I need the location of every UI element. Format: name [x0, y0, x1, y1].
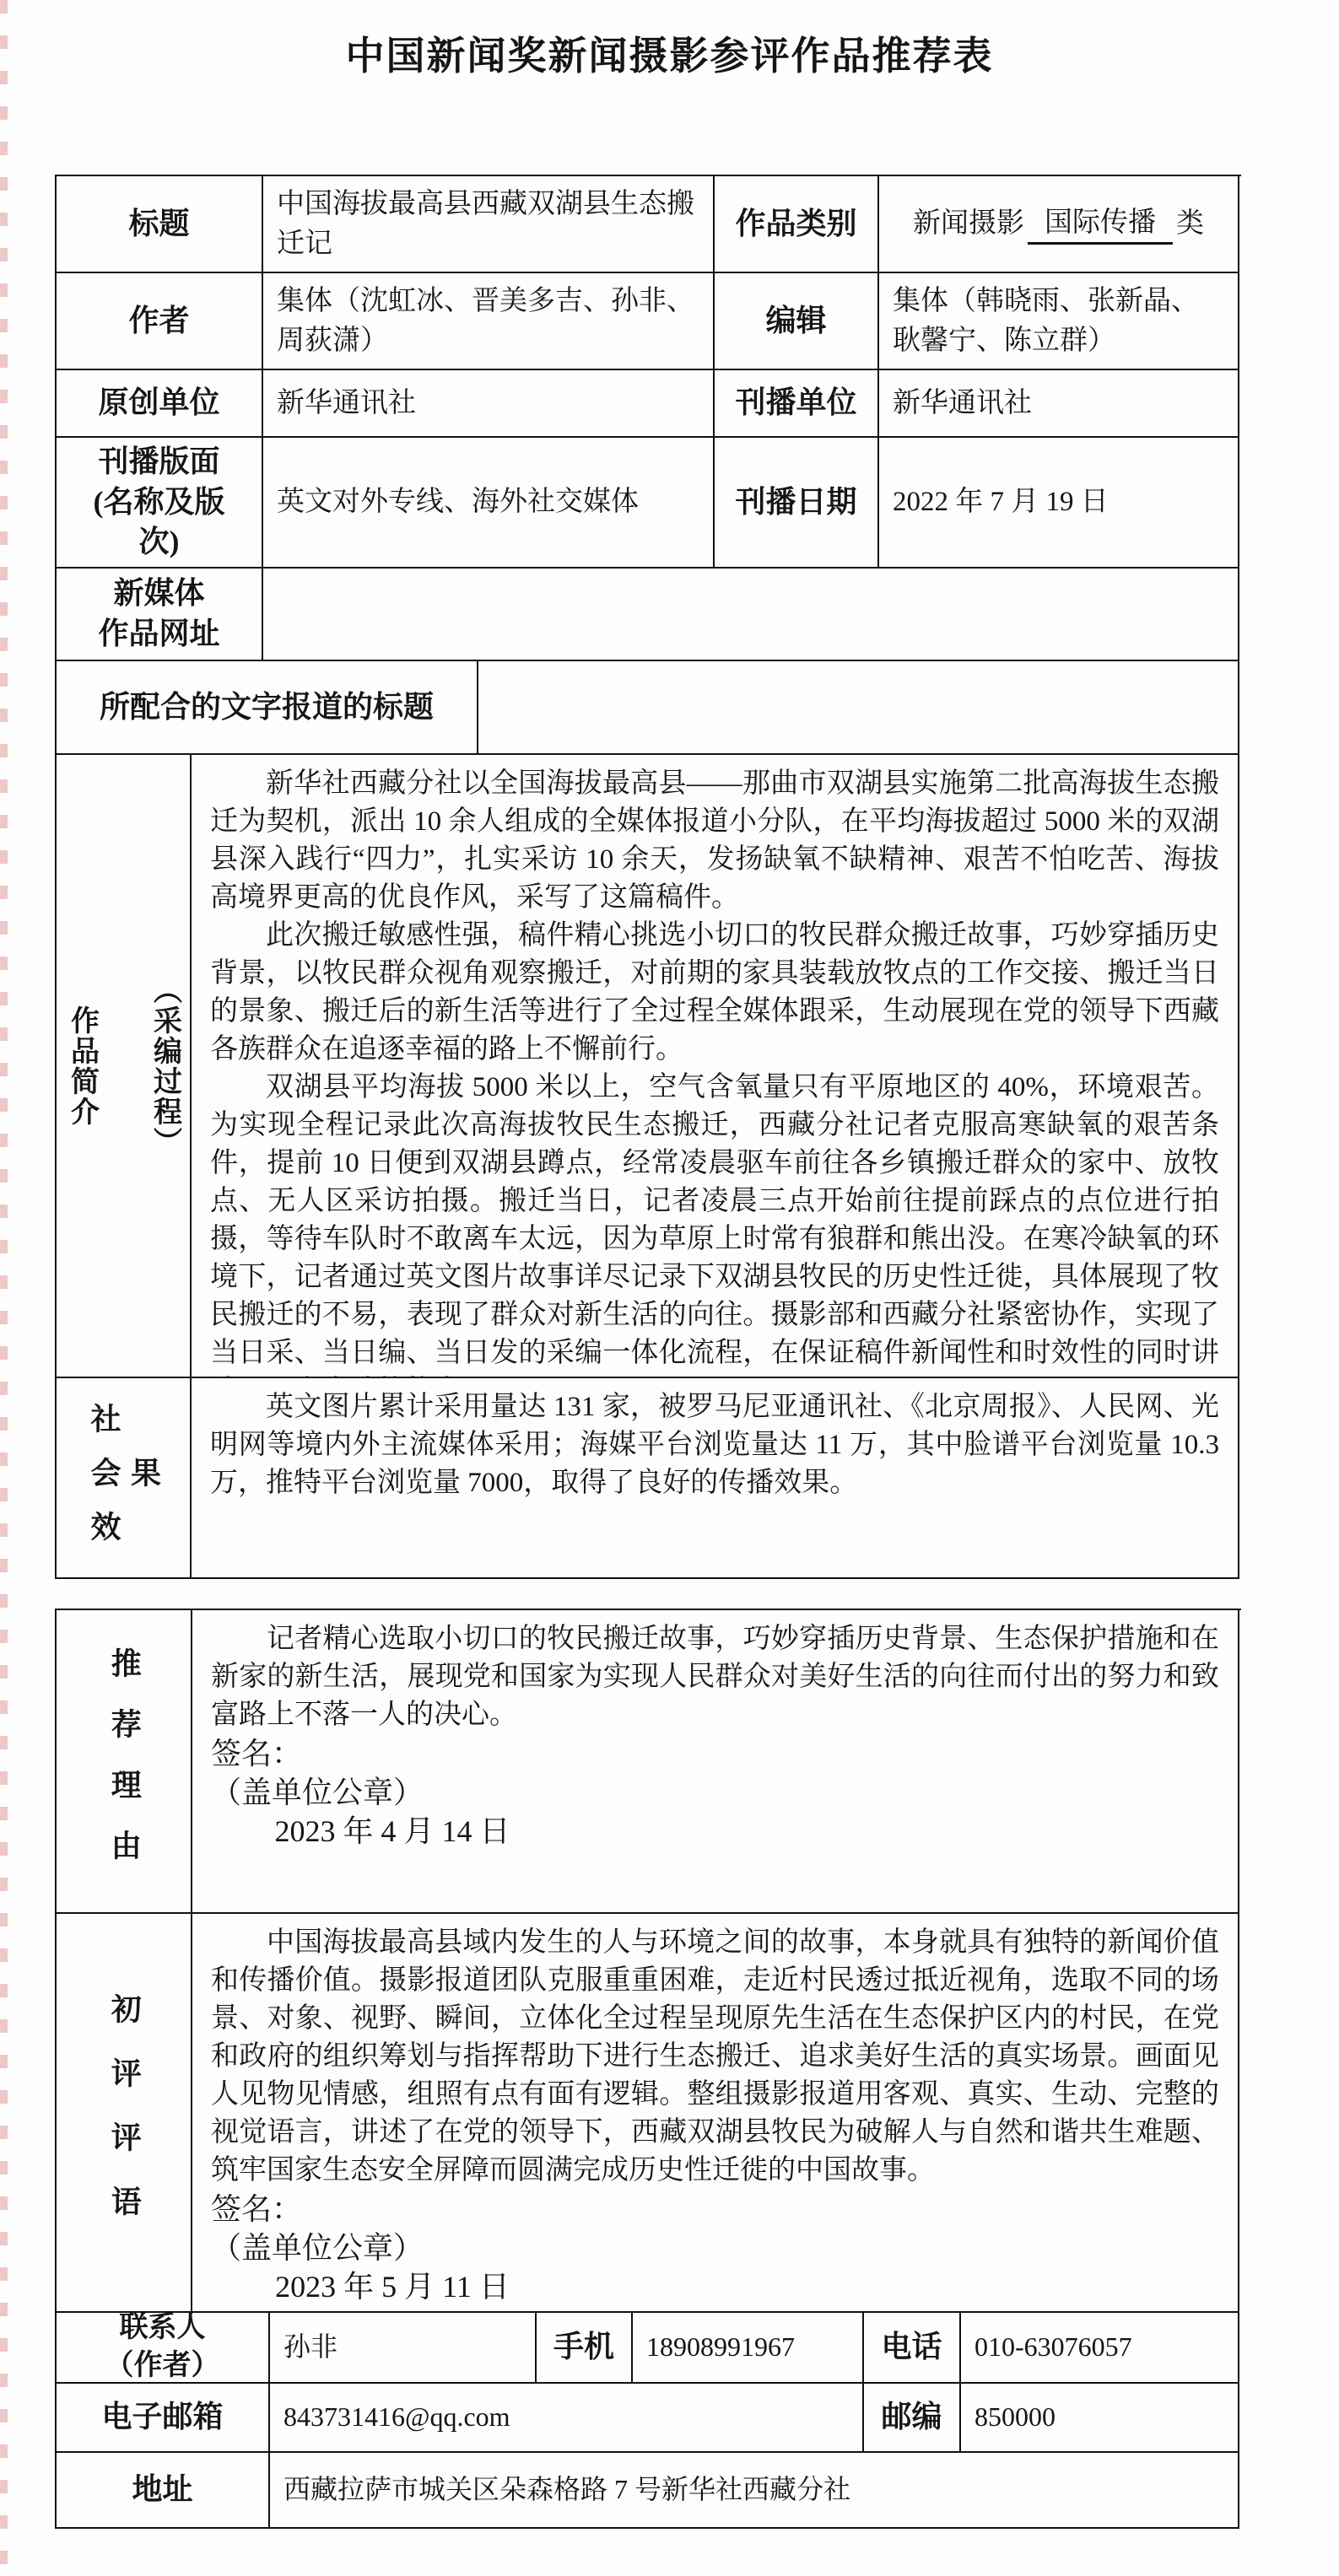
editor-label: 编辑	[715, 273, 879, 370]
email-label: 电子邮箱	[57, 2384, 270, 2453]
social-effect-vertical-label: 社会效果	[83, 1378, 163, 1577]
mobile-label: 手机	[537, 2313, 633, 2384]
orig-unit-value: 新华通讯社	[263, 370, 715, 438]
row-contact: 联系人 （作者） 孙非 手机 18908991967 电话 010-630760…	[57, 2313, 1241, 2384]
layout-value: 英文对外专线、海外社交媒体	[263, 438, 715, 569]
recommend-paragraph: 记者精心选取小切口的牧民搬迁故事，巧妙穿插历史背景、生态保护措施和在新家的新生活…	[211, 1620, 1219, 1734]
title-label: 标题	[57, 176, 263, 273]
row-units: 原创单位 新华通讯社 刊播单位 新华通讯社	[57, 370, 1241, 438]
row-title-category: 标题 中国海拔最高县西藏双湖县生态搬迁记 作品类别 新闻摄影 国际传播 类	[57, 176, 1241, 273]
recommend-seal-label: （盖单位公章）	[211, 1773, 1219, 1812]
new-media-url-value	[263, 569, 1239, 661]
title-value: 中国海拔最高县西藏双湖县生态搬迁记	[263, 176, 715, 273]
initial-review-content: 中国海拔最高县域内发生的人与环境之间的故事，本身就具有独特的新闻价值和传播价值。…	[192, 1914, 1239, 2313]
category-label: 作品类别	[715, 176, 879, 273]
contact-person-label: 联系人 （作者）	[57, 2313, 270, 2384]
initial-review-label: 初评评语	[57, 1914, 192, 2313]
review-seal-label: （盖单位公章）	[211, 2228, 1219, 2267]
work-intro-content: 新华社西藏分社以全国海拔最高县——那曲市双湖县实施第二批高海拔生态搬迁为契机，派…	[192, 755, 1239, 1378]
row-email: 电子邮箱 843731416@qq.com 邮编 850000	[57, 2384, 1241, 2453]
review-paragraph: 中国海拔最高县域内发生的人与环境之间的故事，本身就具有独特的新闻价值和传播价值。…	[211, 1924, 1219, 2190]
author-label: 作者	[57, 273, 263, 370]
intro-paragraph-1: 新华社西藏分社以全国海拔最高县——那曲市双湖县实施第二批高海拔生态搬迁为契机，派…	[210, 765, 1219, 917]
publish-unit-value: 新华通讯社	[879, 370, 1239, 438]
phone-value: 010-63076057	[961, 2313, 1239, 2384]
social-effect-paragraph: 英文图片累计采用量达 131 家，被罗马尼亚通讯社、《北京周报》、人民网、光明网…	[210, 1388, 1219, 1502]
work-intro-label: 作品简介 （采编过程）	[57, 755, 192, 1378]
work-intro-label-line1: 作品简介	[62, 975, 103, 1157]
address-label: 地址	[57, 2453, 270, 2529]
publish-date-value: 2022 年 7 月 19 日	[879, 438, 1239, 569]
work-intro-vertical-label: 作品简介 （采编过程）	[57, 975, 192, 1157]
recommend-reason-label: 推荐理由	[57, 1610, 192, 1914]
recommend-date: 2023 年 4 月 14 日	[211, 1812, 574, 1851]
text-report-title-label: 所配合的文字报道的标题	[57, 661, 478, 755]
text-report-title-value	[478, 661, 1239, 755]
editor-value: 集体（韩晓雨、张新晶、耿馨宁、陈立群）	[879, 273, 1239, 370]
mobile-value: 18908991967	[633, 2313, 864, 2384]
recommend-sign-label: 签名：	[211, 1734, 1219, 1773]
category-suffix: 类	[1176, 204, 1204, 244]
recommend-reason-content: 记者精心选取小切口的牧民搬迁故事，巧妙穿插历史背景、生态保护措施和在新家的新生活…	[192, 1610, 1239, 1914]
category-value: 新闻摄影 国际传播 类	[879, 176, 1239, 273]
page-title: 中国新闻奖新闻摄影参评作品推荐表	[0, 25, 1339, 81]
bottom-table: 推荐理由 记者精心选取小切口的牧民搬迁故事，巧妙穿插历史背景、生态保护措施和在新…	[55, 1609, 1241, 2529]
social-effect-content: 英文图片累计采用量达 131 家，被罗马尼亚通讯社、《北京周报》、人民网、光明网…	[192, 1378, 1239, 1579]
row-recommend-reason: 推荐理由 记者精心选取小切口的牧民搬迁故事，巧妙穿插历史背景、生态保护措施和在新…	[57, 1610, 1241, 1914]
row-social-effect: 社会效果 英文图片累计采用量达 131 家，被罗马尼亚通讯社、《北京周报》、人民…	[57, 1378, 1241, 1579]
publish-unit-label: 刊播单位	[715, 370, 879, 438]
intro-paragraph-3: 双湖县平均海拔 5000 米以上，空气含氧量只有平原地区的 40%，环境艰苦。为…	[210, 1069, 1219, 1378]
email-value: 843731416@qq.com	[270, 2384, 864, 2453]
orig-unit-label: 原创单位	[57, 370, 263, 438]
review-date: 2023 年 5 月 11 日	[211, 2267, 574, 2306]
row-layout-date: 刊播版面 (名称及版 次) 英文对外专线、海外社交媒体 刊播日期 2022 年 …	[57, 438, 1241, 569]
phone-label: 电话	[864, 2313, 961, 2384]
category-underlined: 国际传播	[1028, 203, 1173, 245]
row-new-media-url: 新媒体 作品网址	[57, 569, 1241, 661]
review-sign-label: 签名：	[211, 2190, 1219, 2228]
work-intro-label-line2: （采编过程）	[144, 975, 186, 1157]
initial-review-vertical-label: 初评评语	[104, 1976, 144, 2250]
row-author-editor: 作者 集体（沈虹冰、晋美多吉、孙非、周荻潇） 编辑 集体（韩晓雨、张新晶、耿馨宁…	[57, 273, 1241, 370]
row-address: 地址 西藏拉萨市城关区朵森格路 7 号新华社西藏分社	[57, 2453, 1241, 2529]
contact-person-value: 孙非	[270, 2313, 537, 2384]
scan-edge-artifact	[0, 0, 8, 2576]
publish-date-label: 刊播日期	[715, 438, 879, 569]
author-value: 集体（沈虹冰、晋美多吉、孙非、周荻潇）	[263, 273, 715, 370]
main-table: 标题 中国海拔最高县西藏双湖县生态搬迁记 作品类别 新闻摄影 国际传播 类 作者…	[55, 175, 1241, 1579]
address-value: 西藏拉萨市城关区朵森格路 7 号新华社西藏分社	[270, 2453, 1239, 2529]
category-prefix: 新闻摄影	[913, 204, 1024, 244]
document-page: 中国新闻奖新闻摄影参评作品推荐表 标题 中国海拔最高县西藏双湖县生态搬迁记 作品…	[0, 0, 1339, 2576]
zip-value: 850000	[961, 2384, 1239, 2453]
social-effect-label: 社会效果	[57, 1378, 192, 1579]
row-text-report-title: 所配合的文字报道的标题	[57, 661, 1241, 755]
intro-paragraph-2: 此次搬迁敏感性强，稿件精心挑选小切口的牧民群众搬迁故事，巧妙穿插历史背景，以牧民…	[210, 917, 1219, 1069]
layout-label: 刊播版面 (名称及版 次)	[57, 438, 263, 569]
row-initial-review: 初评评语 中国海拔最高县域内发生的人与环境之间的故事，本身就具有独特的新闻价值和…	[57, 1914, 1241, 2313]
row-work-intro: 作品简介 （采编过程） 新华社西藏分社以全国海拔最高县——那曲市双湖县实施第二批…	[57, 755, 1241, 1378]
new-media-url-label: 新媒体 作品网址	[57, 569, 263, 661]
zip-label: 邮编	[864, 2384, 961, 2453]
recommend-vertical-label: 推荐理由	[104, 1632, 144, 1890]
